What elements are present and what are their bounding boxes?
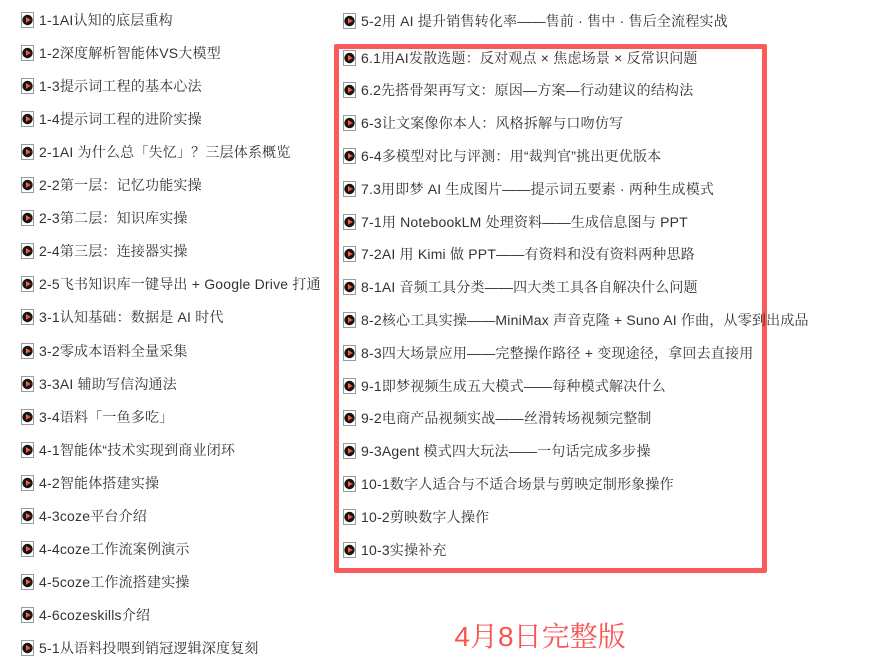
video-file-icon [21,376,34,392]
video-file-icon [343,443,356,459]
list-item-label: 6.1用AI发散选题：反对观点 × 焦虑场景 × 反常识问题 [361,51,698,65]
video-file-icon [343,410,356,426]
list-item-label: 4-1智能体“技术实现到商业闭环 [39,443,235,457]
list-item-label: 6-3让文案像你本人：风格拆解与口吻仿写 [361,116,623,130]
video-file-icon [21,508,34,524]
video-file-icon [21,541,34,557]
video-file-icon [21,640,34,656]
video-file-icon [21,243,34,259]
video-file-icon [21,442,34,458]
list-item-label: 9-3Agent 模式四大玩法——一句话完成多步操 [361,444,651,458]
version-caption: 4月8日完整版 [454,620,625,654]
list-item[interactable]: 4-5coze工作流搭建实操 [21,565,190,598]
list-item-label: 1-4提示词工程的进阶实操 [39,112,202,126]
video-file-icon [343,181,356,197]
video-file-icon [21,475,34,491]
list-item[interactable]: 10-1数字人适合与不适合场景与剪映定制形象操作 [343,467,674,500]
list-item-label: 3-2零成本语料全量采集 [39,344,188,358]
list-item[interactable]: 1-2深度解析智能体VS大模型 [21,37,221,70]
list-item-label: 10-1数字人适合与不适合场景与剪映定制形象操作 [361,477,674,491]
list-item[interactable]: 10-2剪映数字人操作 [343,500,489,533]
list-item[interactable]: 2-1AI 为什么总「失忆」？三层体系概览 [21,136,291,169]
video-file-icon [21,144,34,160]
list-item[interactable]: 1-3提示词工程的基本心法 [21,70,202,103]
list-item[interactable]: 7-1用 NotebookLM 处理资料——生成信息图与 PPT [343,205,688,238]
list-item[interactable]: 3-3AI 辅助写信沟通法 [21,367,177,400]
video-file-icon [343,13,356,29]
list-item[interactable]: 4-3coze平台介绍 [21,499,147,532]
list-item-label: 10-2剪映数字人操作 [361,510,489,524]
video-file-icon [21,343,34,359]
video-file-icon [21,111,34,127]
list-item[interactable]: 5-2用 AI 提升销售转化率——售前 · 售中 · 售后全流程实战 [343,4,728,37]
list-item[interactable]: 2-4第三层：连接器实操 [21,235,188,268]
video-file-icon [343,279,356,295]
list-item[interactable]: 10-3实操补充 [343,533,447,566]
list-item[interactable]: 3-4语料「一鱼多吃」 [21,400,173,433]
video-file-icon [21,409,34,425]
video-file-icon [343,148,356,164]
video-file-icon [21,276,34,292]
video-file-icon [343,509,356,525]
list-item-label: 4-4coze工作流案例演示 [39,542,190,556]
list-item[interactable]: 9-3Agent 模式四大玩法——一句话完成多步操 [343,435,651,468]
list-item-label: 2-2第一层：记忆功能实操 [39,178,202,192]
list-item[interactable]: 2-3第二层：知识库实操 [21,202,188,235]
list-item[interactable]: 5-1从语料投喂到销冠逻辑深度复刻 [21,631,259,663]
video-file-icon [343,378,356,394]
video-file-icon [343,115,356,131]
list-item-label: 2-3第二层：知识库实操 [39,211,188,225]
list-item[interactable]: 9-1即梦视频生成五大模式——每种模式解决什么 [343,369,666,402]
video-file-icon [343,476,356,492]
video-file-icon [21,574,34,590]
list-item-label: 1-1AI认知的底层重构 [39,13,173,27]
list-item-label: 8-1AI 音频工具分类——四大类工具各自解决什么问题 [361,280,698,294]
video-file-icon [343,542,356,558]
list-item[interactable]: 4-1智能体“技术实现到商业闭环 [21,433,235,466]
video-file-icon [21,309,34,325]
video-file-icon [343,214,356,230]
video-file-icon [21,177,34,193]
video-file-icon [21,45,34,61]
list-item-label: 2-5飞书知识库一键导出 + Google Drive 打通 [39,277,321,291]
list-item-label: 8-2核心工具实操——MiniMax 声音克隆 + Suno AI 作曲，从零到… [361,313,809,327]
list-item[interactable]: 8-1AI 音频工具分类——四大类工具各自解决什么问题 [343,271,698,304]
list-item[interactable]: 6-3让文案像你本人：风格拆解与口吻仿写 [343,107,623,140]
list-item[interactable]: 7-2AI 用 Kimi 做 PPT——有资料和没有资料两种思路 [343,238,695,271]
list-item-label: 8-3四大场景应用——完整操作路径 + 变现途径，拿回去直接用 [361,346,753,360]
video-file-icon [21,78,34,94]
list-item[interactable]: 1-1AI认知的底层重构 [21,4,173,37]
list-item-label: 5-1从语料投喂到销冠逻辑深度复刻 [39,641,259,655]
list-item[interactable]: 3-1认知基础：数据是 AI 时代 [21,301,224,334]
list-item-label: 3-4语料「一鱼多吃」 [39,410,173,424]
list-item[interactable]: 9-2电商产品视频实战——丝滑转场视频完整制 [343,402,652,435]
list-item[interactable]: 6-4多模型对比与评测：用“裁判官”挑出更优版本 [343,139,661,172]
list-item-label: 6.2先搭骨架再写文：原因—方案—行动建议的结构法 [361,83,693,97]
video-file-icon [343,312,356,328]
list-item[interactable]: 4-2智能体搭建实操 [21,466,159,499]
list-item-label: 4-3coze平台介绍 [39,509,147,523]
list-item[interactable]: 4-4coze工作流案例演示 [21,532,190,565]
list-item[interactable]: 3-2零成本语料全量采集 [21,334,188,367]
list-item[interactable]: 2-5飞书知识库一键导出 + Google Drive 打通 [21,268,321,301]
list-item-label: 1-2深度解析智能体VS大模型 [39,46,221,60]
list-item-label: 9-2电商产品视频实战——丝滑转场视频完整制 [361,411,652,425]
list-item[interactable]: 2-2第一层：记忆功能实操 [21,169,202,202]
list-item-label: 7-1用 NotebookLM 处理资料——生成信息图与 PPT [361,215,688,229]
list-item[interactable]: 1-4提示词工程的进阶实操 [21,103,202,136]
video-file-icon [343,50,356,66]
list-item[interactable]: 6.1用AI发散选题：反对观点 × 焦虑场景 × 反常识问题 [343,41,698,74]
list-item-label: 9-1即梦视频生成五大模式——每种模式解决什么 [361,379,666,393]
list-item-label: 10-3实操补充 [361,543,447,557]
video-file-icon [21,210,34,226]
list-item-label: 6-4多模型对比与评测：用“裁判官”挑出更优版本 [361,149,661,163]
video-file-icon [21,607,34,623]
list-item-label: 4-6cozeskills介绍 [39,608,150,622]
list-item-label: 2-1AI 为什么总「失忆」？三层体系概览 [39,145,291,159]
video-file-icon [343,246,356,262]
list-item-label: 1-3提示词工程的基本心法 [39,79,202,93]
list-item[interactable]: 4-6cozeskills介绍 [21,598,150,631]
course-outline-page: 1-1AI认知的底层重构 1-2深度解析智能体VS大模型 [0,0,896,663]
list-item-label: 4-2智能体搭建实操 [39,476,159,490]
list-item[interactable]: 8-2核心工具实操——MiniMax 声音克隆 + Suno AI 作曲，从零到… [343,303,809,336]
video-file-icon [343,82,356,98]
list-item[interactable]: 7.3用即梦 AI 生成图片——提示词五要素 · 两种生成模式 [343,172,714,205]
list-item-label: 2-4第三层：连接器实操 [39,244,188,258]
video-file-icon [21,12,34,28]
list-item-label: 7.3用即梦 AI 生成图片——提示词五要素 · 两种生成模式 [361,182,714,196]
list-item-label: 7-2AI 用 Kimi 做 PPT——有资料和没有资料两种思路 [361,247,695,261]
list-item[interactable]: 8-3四大场景应用——完整操作路径 + 变现途径，拿回去直接用 [343,336,753,369]
list-item-label: 5-2用 AI 提升销售转化率——售前 · 售中 · 售后全流程实战 [361,14,728,28]
list-item[interactable]: 6.2先搭骨架再写文：原因—方案—行动建议的结构法 [343,74,693,107]
list-item-label: 3-3AI 辅助写信沟通法 [39,377,177,391]
list-item-label: 4-5coze工作流搭建实操 [39,575,190,589]
list-item-label: 3-1认知基础：数据是 AI 时代 [39,310,224,324]
video-file-icon [343,345,356,361]
